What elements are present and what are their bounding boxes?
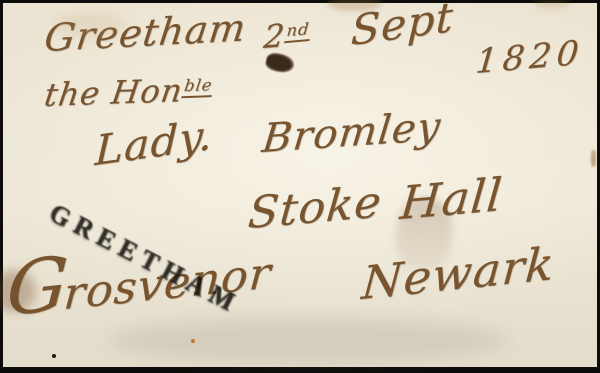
handwritten-honorific: the Honble: [42, 70, 215, 114]
handwritten-day: 2nd: [262, 14, 312, 56]
handwritten-day-number: 2: [262, 16, 287, 56]
handwritten-day-suffix: nd: [285, 19, 312, 43]
handwritten-honorific-superscript: ble: [182, 75, 215, 98]
handwritten-house-word2: Hall: [398, 167, 505, 230]
handwritten-honorific-main: the Hon: [42, 71, 185, 114]
envelope-front-scan: Greetham 2nd Sept 1820 the Honble Lady. …: [0, 0, 600, 373]
